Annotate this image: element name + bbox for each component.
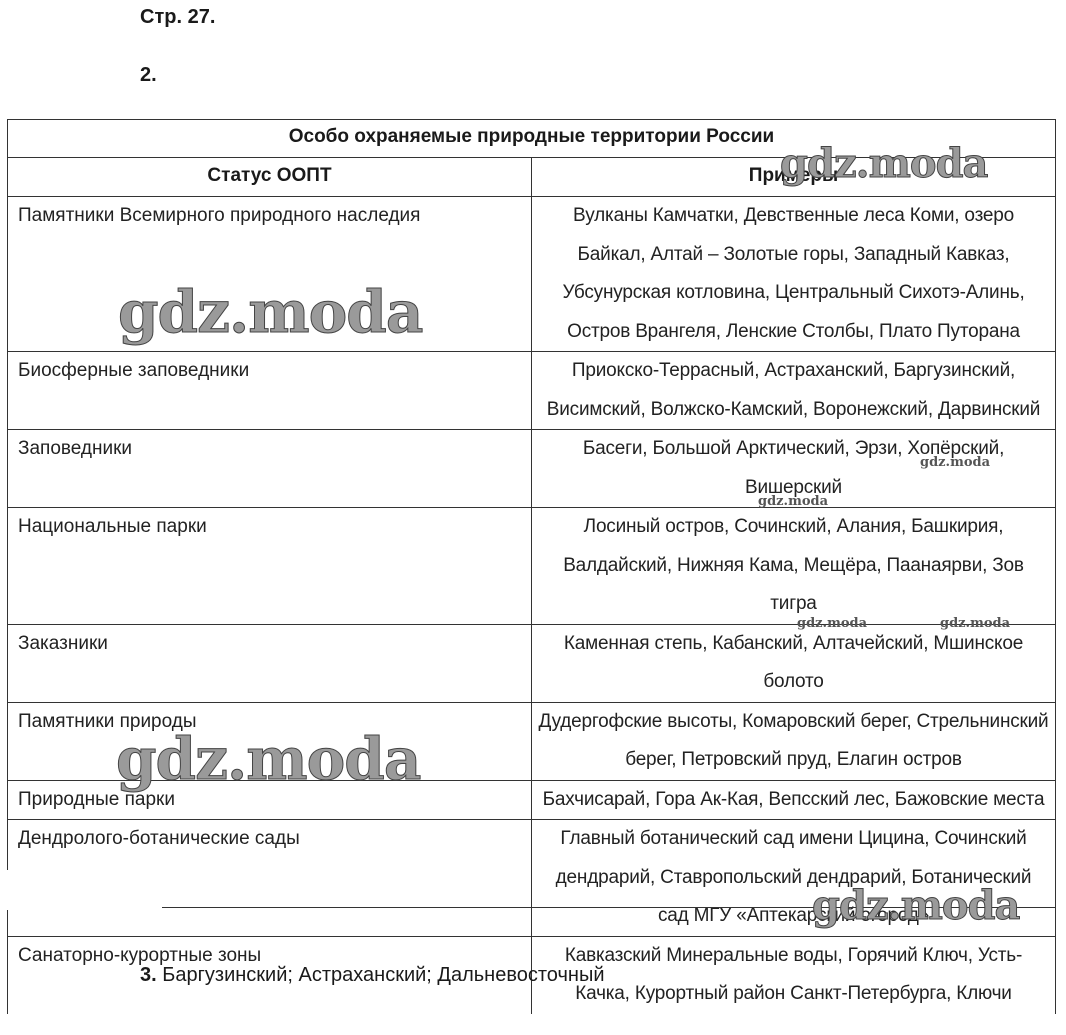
status-cell: Памятники природы bbox=[8, 702, 532, 780]
header-status: Статус ООПТ bbox=[8, 158, 532, 197]
task-3-label: 3. bbox=[140, 964, 157, 986]
page-reference: Стр. 27. bbox=[140, 6, 215, 29]
table-row: Заказники Каменная степь, Кабанский, Алт… bbox=[8, 624, 1056, 702]
table-bottom-border bbox=[162, 907, 1056, 908]
header-examples: Примеры bbox=[532, 158, 1056, 197]
status-cell: Заповедники bbox=[8, 430, 532, 508]
status-cell: Памятники Всемирного природного наследия bbox=[8, 197, 532, 352]
left-border-gap bbox=[0, 870, 160, 910]
table-title: Особо охраняемые природные территории Ро… bbox=[8, 120, 1056, 158]
examples-cell: Каменная степь, Кабанский, Алтачейский, … bbox=[532, 624, 1056, 702]
status-cell: Национальные парки bbox=[8, 508, 532, 625]
table-row: Национальные парки Лосиный остров, Сочин… bbox=[8, 508, 1056, 625]
examples-cell: Лосиный остров, Сочинский, Алания, Башки… bbox=[532, 508, 1056, 625]
examples-cell: Главный ботанический сад имени Цицина, С… bbox=[532, 820, 1056, 937]
task-3-text: Баргузинский; Астраханский; Дальневосточ… bbox=[162, 964, 604, 986]
status-cell: Природные парки bbox=[8, 780, 532, 820]
table-row: Биосферные заповедники Приокско-Террасны… bbox=[8, 352, 1056, 430]
examples-cell: Кавказский Минеральные воды, Горячий Клю… bbox=[532, 936, 1056, 1014]
examples-cell: Бахчисарай, Гора Ак-Кая, Вепсский лес, Б… bbox=[532, 780, 1056, 820]
table-row: Природные парки Бахчисарай, Гора Ак-Кая,… bbox=[8, 780, 1056, 820]
examples-cell: Вулканы Камчатки, Девственные леса Коми,… bbox=[532, 197, 1056, 352]
table-row: Дендролого-ботанические сады Главный бот… bbox=[8, 820, 1056, 937]
task-2-label: 2. bbox=[140, 64, 157, 87]
table-row: Памятники природы Дудергофские высоты, К… bbox=[8, 702, 1056, 780]
examples-cell: Приокско-Террасный, Астраханский, Баргуз… bbox=[532, 352, 1056, 430]
protected-areas-table: Особо охраняемые природные территории Ро… bbox=[7, 119, 1056, 1014]
examples-cell: Басеги, Большой Арктический, Эрзи, Хопёр… bbox=[532, 430, 1056, 508]
examples-cell: Дудергофские высоты, Комаровский берег, … bbox=[532, 702, 1056, 780]
table-row: Памятники Всемирного природного наследия… bbox=[8, 197, 1056, 352]
task-3-answer: 3. Баргузинский; Астраханский; Дальневос… bbox=[140, 964, 605, 987]
table-row: Заповедники Басеги, Большой Арктический,… bbox=[8, 430, 1056, 508]
status-cell: Заказники bbox=[8, 624, 532, 702]
status-cell: Биосферные заповедники bbox=[8, 352, 532, 430]
